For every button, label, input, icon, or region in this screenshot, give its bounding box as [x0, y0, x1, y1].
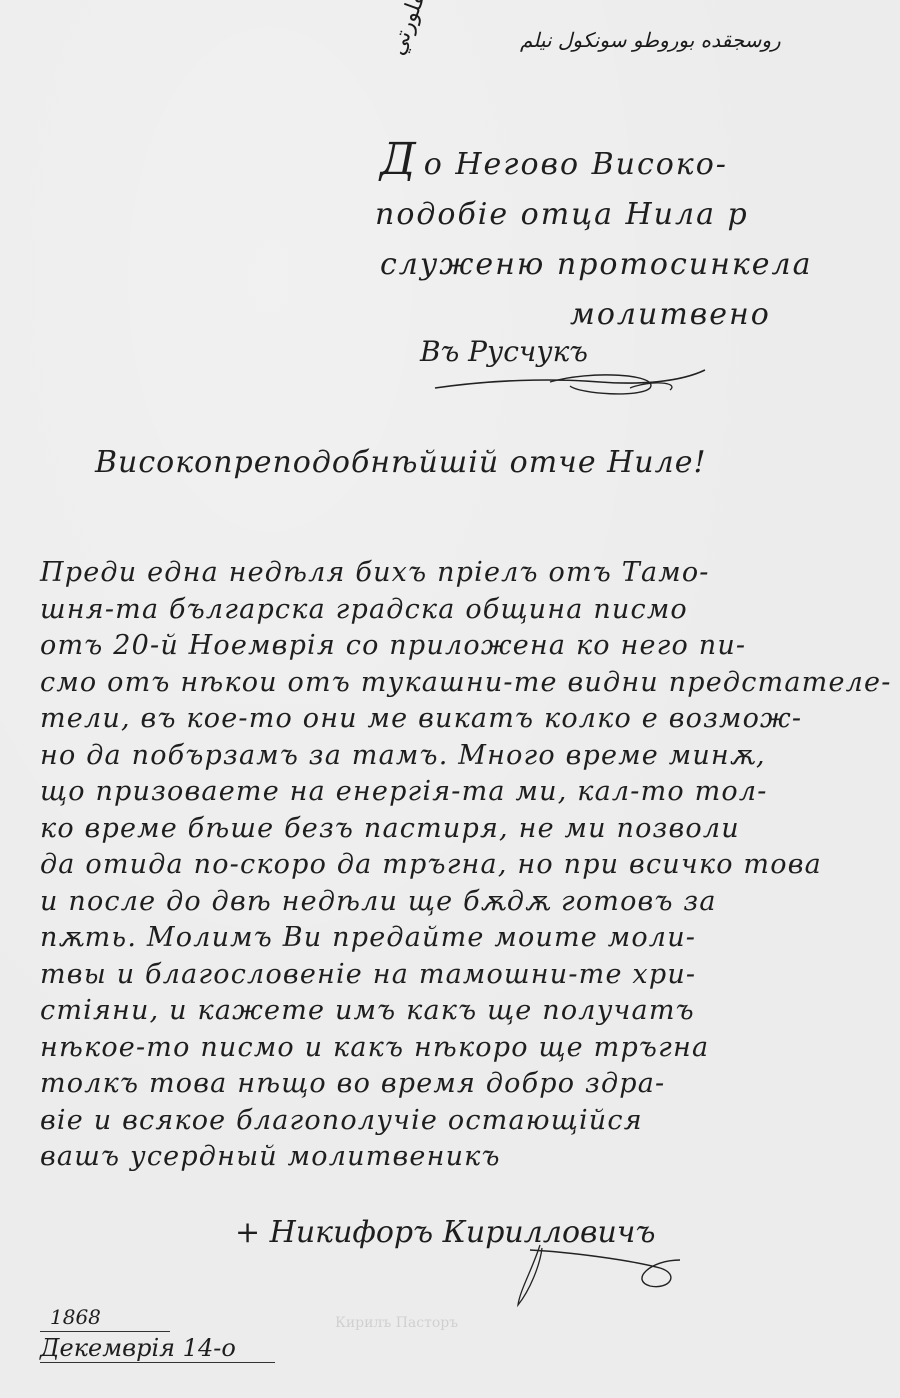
body-line: стіяни, и кажете имъ какъ ще получатъ: [40, 993, 880, 1030]
body-line: що призоваете на енергія-та ми, кал-то т…: [40, 774, 880, 811]
body-line: пѫть. Молимъ Ви предайте моите моли-: [40, 920, 880, 957]
body-line: вашъ усердный молитвеникъ: [40, 1139, 880, 1176]
body-line: да отида по-скоро да тръгна, но при всич…: [40, 847, 880, 884]
address-line-1: До Негово Високо-: [370, 135, 870, 190]
date-day: Декемврія 14-о: [40, 1332, 275, 1363]
body-line: толкъ това нѣщо во время добро здра-: [40, 1066, 880, 1103]
showthrough-text: Кирилъ Пасторъ: [335, 1315, 458, 1331]
place-underline-flourish-icon: [430, 360, 710, 400]
body-line: ко време бѣше безъ пастиря, не ми позвол…: [40, 811, 880, 848]
body-line: віе и всякое благополучіе остающійся: [40, 1103, 880, 1140]
body-line: отъ 20-й Ноемврія со приложена ко него п…: [40, 628, 880, 665]
letter-page: روسجقده بوروطو سونکول نیلم تقلورتي До Не…: [0, 0, 900, 1398]
ottoman-annotation-vertical: تقلورتي: [385, 0, 433, 59]
ottoman-annotation-top: روسجقده بوروطو سونکول نیلم: [520, 28, 781, 52]
body-line: тели, въ кое-то они ме викатъ колко е во…: [40, 701, 880, 738]
body-line: но да побързамъ за тамъ. Много време мин…: [40, 738, 880, 775]
date-year: 1868: [40, 1305, 170, 1332]
address-line-2: подобіе отца Нила р: [370, 190, 870, 240]
address-block: До Негово Високо- подобіе отца Нила р сл…: [370, 135, 870, 340]
letter-body: Преди една недѣля бихъ пріелъ отъ Тамо- …: [40, 555, 880, 1176]
body-line: твы и благословеніе на тамошни-те хри-: [40, 957, 880, 994]
body-line: шня-та българска градска община писмо: [40, 592, 880, 629]
address-line-3: служеню протосинкела: [370, 240, 870, 290]
address-line-4: молитвено: [370, 290, 870, 340]
body-line: смо отъ нѣкои отъ тукашни-те видни предс…: [40, 665, 880, 702]
signature-flourish-icon: [510, 1230, 690, 1310]
decorated-initial: Д: [380, 135, 418, 185]
body-line: и после до двѣ недѣли ще бѫдѫ готовъ за: [40, 884, 880, 921]
date-block: 1868 Декемврія 14-о: [40, 1305, 275, 1363]
salutation: Високопреподобнѣйшій отче Ниле!: [95, 445, 707, 480]
body-line: нѣкое-то писмо и какъ нѣкоро ще тръгна: [40, 1030, 880, 1067]
body-line: Преди една недѣля бихъ пріелъ отъ Тамо-: [40, 555, 880, 592]
